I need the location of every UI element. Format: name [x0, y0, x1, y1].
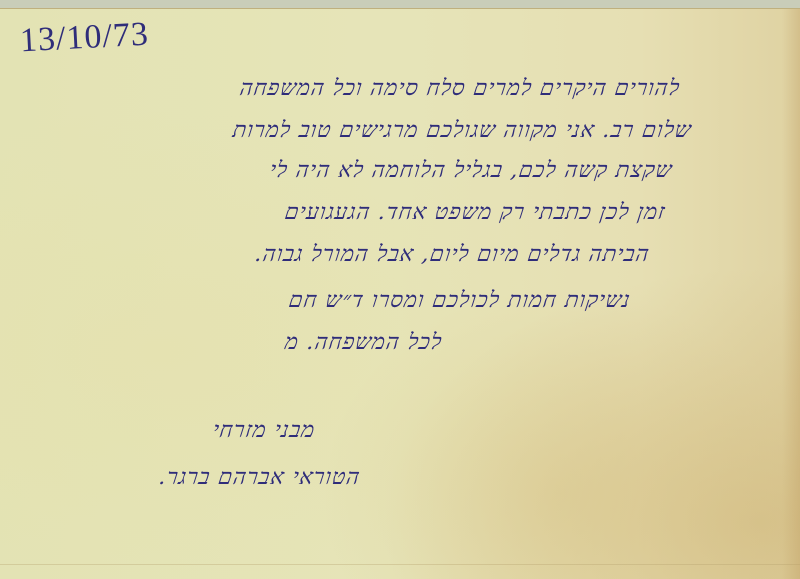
- letter-paper: 13/10/73 להורים היקרים למרים סלח סימה וכ…: [0, 8, 800, 578]
- signature-line-1: מבני מזרחי: [211, 417, 317, 443]
- letter-line-3: שקצת קשה לכם, בגליל הלוחמה לא היה לי: [268, 157, 674, 183]
- letter-date: 13/10/73: [19, 16, 150, 61]
- letter-line-6: נשיקות חמות לכולכם ומסרו ד״ש חם: [287, 287, 632, 313]
- letter-line-7: לכל המשפחה. מ: [283, 329, 444, 355]
- letter-line-2: שלום רב. אני מקווה שגולכם מרגישים טוב למ…: [232, 117, 694, 143]
- paper-fold-line: [0, 564, 800, 565]
- signature-line-2: הטוראי אברהם ברגר.: [157, 464, 362, 490]
- letter-line-5: הביתה גדלים מיום ליום, אבל המורל גבוה.: [254, 241, 652, 267]
- letter-line-4: זמן לכן כתבתי רק משפט אחד. הגעגועים: [283, 199, 667, 225]
- letter-line-1: להורים היקרים למרים סלח סימה וכל המשפחה: [238, 75, 682, 101]
